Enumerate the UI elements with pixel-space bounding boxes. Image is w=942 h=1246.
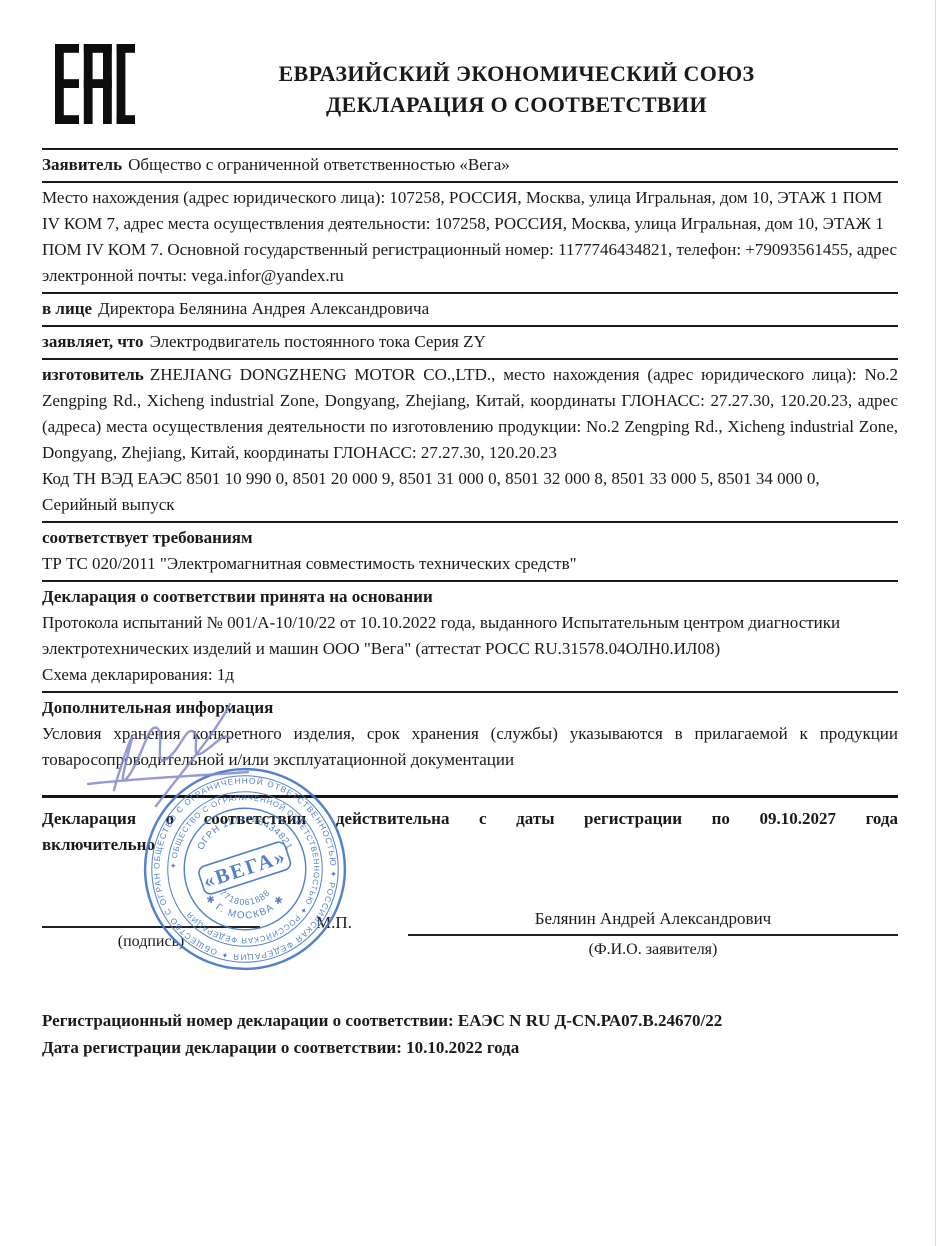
signer-caption: (Ф.И.О. заявителя): [408, 936, 898, 963]
signer-name: Белянин Андрей Александрович: [408, 906, 898, 936]
registration-date: Дата регистрации декларации о соответств…: [42, 1034, 898, 1061]
declaration-document: ЕВРАЗИЙСКИЙ ЭКОНОМИЧЕСКИЙ СОЮЗ ДЕКЛАРАЦИ…: [0, 0, 942, 1246]
row-in-person: в лицеДиректора Белянина Андрея Александ…: [42, 294, 898, 327]
title-union: ЕВРАЗИЙСКИЙ ЭКОНОМИЧЕСКИЙ СОЮЗ: [135, 58, 898, 89]
stamp-inn-text: 7718061888: [218, 887, 272, 907]
page-title: ЕВРАЗИЙСКИЙ ЭКОНОМИЧЕСКИЙ СОЮЗ ДЕКЛАРАЦИ…: [135, 58, 898, 120]
title-declaration: ДЕКЛАРАЦИЯ О СООТВЕТСТВИИ: [135, 89, 898, 120]
manufacturer-label: изготовитель: [42, 365, 144, 384]
row-declares: заявляет, чтоЭлектродвигатель постоянног…: [42, 327, 898, 360]
manufacturer-value: ZHEJIANG DONGZHENG MOTOR CO.,LTD., место…: [42, 365, 898, 462]
row-basis: Декларация о соответствии принята на осн…: [42, 582, 898, 693]
declares-label: заявляет, что: [42, 332, 144, 351]
document-header: ЕВРАЗИЙСКИЙ ЭКОНОМИЧЕСКИЙ СОЮЗ ДЕКЛАРАЦИ…: [42, 0, 898, 124]
product-name: Электродвигатель постоянного тока Серия …: [150, 332, 486, 351]
registration-number: Регистрационный номер декларации о соотв…: [42, 1007, 898, 1034]
stamp-company-emblem: «ВЕГА»: [197, 840, 292, 895]
applicant-value: Общество с ограниченной ответственностью…: [128, 155, 510, 174]
signer-field: Белянин Андрей Александрович (Ф.И.О. зая…: [408, 906, 898, 963]
in-person-label: в лице: [42, 299, 92, 318]
row-applicant-address: Место нахождения (адрес юридического лиц…: [42, 183, 898, 294]
in-person-value: Директора Белянина Андрея Александровича: [98, 299, 429, 318]
tnved-codes: Код ТН ВЭД ЕАЭС 8501 10 990 0, 8501 20 0…: [42, 466, 898, 518]
manufacturer-paragraph: изготовительZHEJIANG DONGZHENG MOTOR CO.…: [42, 362, 898, 466]
basis-header: Декларация о соответствии принята на осн…: [42, 584, 892, 610]
handwritten-signature: [78, 698, 308, 813]
applicant-label: Заявитель: [42, 155, 122, 174]
registration-block: Регистрационный номер декларации о соотв…: [42, 1007, 898, 1061]
row-manufacturer: изготовительZHEJIANG DONGZHENG MOTOR CO.…: [42, 360, 898, 523]
basis-protocol: Протокола испытаний № 001/А-10/10/22 от …: [42, 610, 898, 662]
row-complies: соответствует требованиям ТР ТС 020/2011…: [42, 523, 898, 582]
complies-regulation: ТР ТС 020/2011 "Электромагнитная совмест…: [42, 551, 898, 577]
complies-header: соответствует требованиям: [42, 525, 892, 551]
eac-mark-icon: [55, 44, 135, 124]
declaration-scheme: Схема декларирования: 1д: [42, 662, 898, 688]
svg-text:7718061888: 7718061888: [218, 887, 272, 907]
row-applicant: ЗаявительОбщество с ограниченной ответст…: [42, 150, 898, 183]
applicant-address-text: Место нахождения (адрес юридического лиц…: [42, 188, 897, 285]
